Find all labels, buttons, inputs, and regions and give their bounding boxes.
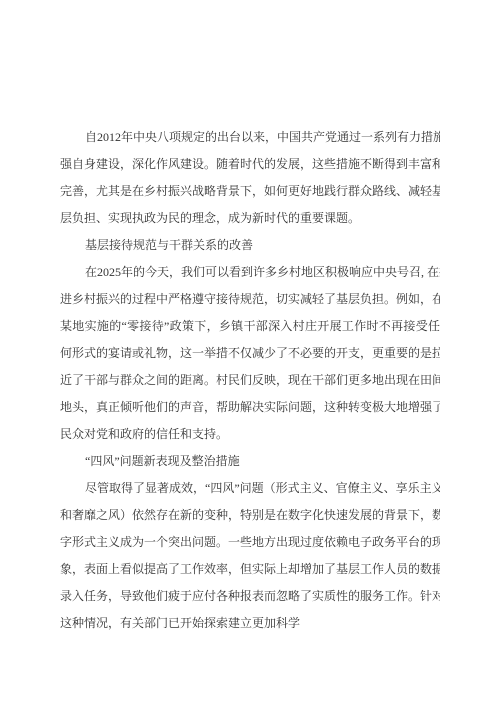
text-line: 自2012年中央八项规定的出台以来，中国共产党通过一系列有力措施加 xyxy=(60,124,440,151)
text-line: “四风”问题新表现及整治措施 xyxy=(60,448,440,475)
text-line: 近了干部与群众之间的距离。村民们反映，现在干部们更多地出现在田间 xyxy=(60,367,440,394)
text-line: 某地实施的“零接待”政策下，乡镇干部深入村庄开展工作时不再接受任 xyxy=(60,313,440,340)
document-content: 自2012年中央八项规定的出台以来，中国共产党通过一系列有力措施加强自身建设，深… xyxy=(60,124,440,637)
text-line: 和奢靡之风）依然存在新的变种，特别是在数字化快速发展的背景下，数 xyxy=(60,502,440,529)
document-page: 自2012年中央八项规定的出台以来，中国共产党通过一系列有力措施加强自身建设，深… xyxy=(0,0,500,707)
text-line: 基层接待规范与干群关系的改善 xyxy=(60,232,440,259)
text-line: 字形式主义成为一个突出问题。一些地方出现过度依赖电子政务平台的现 xyxy=(60,529,440,556)
text-line: 尽管取得了显著成效，“四风”问题（形式主义、官僚主义、享乐主义 xyxy=(60,475,440,502)
text-line: 在2025年的今天，我们可以看到许多乡村地区积极响应中央号召, 在推 xyxy=(60,259,440,286)
paragraph: 在2025年的今天，我们可以看到许多乡村地区积极响应中央号召, 在推进乡村振兴的… xyxy=(60,259,440,448)
text-line: 完善，尤其是在乡村振兴战略背景下，如何更好地践行群众路线、减轻基 xyxy=(60,178,440,205)
text-line: 地头，真正倾听他们的声音，帮助解决实际问题，这种转变极大地增强了 xyxy=(60,394,440,421)
text-line: 何形式的宴请或礼物，这一举措不仅减少了不必要的开支，更重要的是拉 xyxy=(60,340,440,367)
text-line: 象，表面上看似提高了工作效率，但实际上却增加了基层工作人员的数据 xyxy=(60,556,440,583)
paragraph: 自2012年中央八项规定的出台以来，中国共产党通过一系列有力措施加强自身建设，深… xyxy=(60,124,440,232)
text-line: 进乡村振兴的过程中严格遵守接待规范，切实减轻了基层负担。例如，在 xyxy=(60,286,440,313)
text-line: 民众对党和政府的信任和支持。 xyxy=(60,421,440,448)
section-heading: “四风”问题新表现及整治措施 xyxy=(60,448,440,475)
text-line: 这种情况，有关部门已开始探索建立更加科学 xyxy=(60,610,440,637)
text-line: 强自身建设，深化作风建设。随着时代的发展，这些措施不断得到丰富和 xyxy=(60,151,440,178)
text-line: 录入任务，导致他们疲于应付各种报表而忽略了实质性的服务工作。针对 xyxy=(60,583,440,610)
paragraph: 尽管取得了显著成效，“四风”问题（形式主义、官僚主义、享乐主义和奢靡之风）依然存… xyxy=(60,475,440,637)
section-heading: 基层接待规范与干群关系的改善 xyxy=(60,232,440,259)
text-line: 层负担、实现执政为民的理念，成为新时代的重要课题。 xyxy=(60,205,440,232)
